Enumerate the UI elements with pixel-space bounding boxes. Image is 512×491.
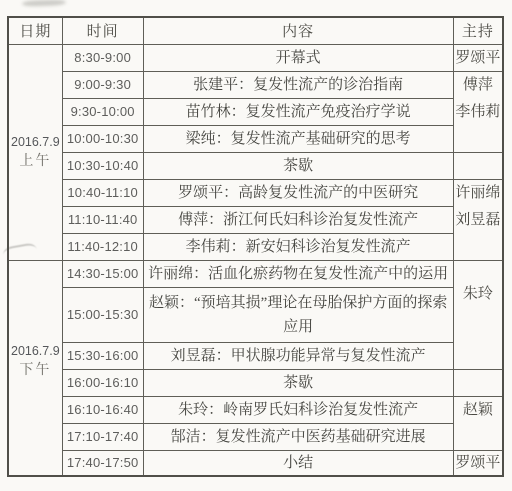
host-cell-empty (453, 369, 503, 396)
host-name: 傅萍 (455, 72, 502, 99)
content-cell: 小结 (143, 450, 453, 476)
table-row: 9:00-9:30 张建平：复发性流产的诊治指南 傅萍 李伟莉 (8, 71, 503, 98)
content-cell: 傅萍：浙江何氏妇科诊治复发性流产 (143, 206, 453, 233)
header-date: 日期 (8, 17, 62, 44)
time-cell: 17:40-17:50 (62, 450, 143, 476)
date-value: 2016.7.9 (11, 133, 60, 152)
table-row: 16:10-16:40 朱玲：岭南罗氏妇科诊治复发性流产 赵颖 (8, 396, 503, 423)
time-cell: 11:40-12:10 (62, 233, 143, 260)
content-cell: 茶歇 (143, 369, 453, 396)
time-cell: 14:30-15:00 (62, 260, 143, 287)
content-cell: 开幕式 (143, 44, 453, 71)
content-cell: 朱玲：岭南罗氏妇科诊治复发性流产 (143, 396, 453, 423)
time-cell: 17:10-17:40 (62, 423, 143, 450)
date-cell-morning: 2016.7.9 上午 (8, 44, 62, 260)
content-cell: 梁纯：复发性流产基础研究的思考 (143, 125, 453, 152)
period-label: 上午 (11, 152, 60, 171)
time-cell: 15:00-15:30 (62, 287, 143, 342)
table-row: 11:10-11:40 傅萍：浙江何氏妇科诊治复发性流产 (8, 206, 503, 233)
conference-schedule-table: 日期 时间 内容 主持 2016.7.9 上午 8:30-9:00 开幕式 罗颂… (7, 16, 504, 477)
table-row-tea-break: 10:30-10:40 茶歇 (8, 152, 503, 179)
table-row-tea-break: 16:00-16:10 茶歇 (8, 369, 503, 396)
time-cell: 10:00-10:30 (62, 125, 143, 152)
content-cell: 赵颖：“预培其损”理论在母胎保护方面的探索应用 (143, 287, 453, 342)
table-row: 10:00-10:30 梁纯：复发性流产基础研究的思考 (8, 125, 503, 152)
table-header-row: 日期 时间 内容 主持 (8, 17, 503, 44)
date-value: 2016.7.9 (11, 342, 60, 361)
content-cell: 张建平：复发性流产的诊治指南 (143, 71, 453, 98)
table-row: 10:40-11:10 罗颂平：高龄复发性流产的中医研究 许丽绵 刘昱磊 (8, 179, 503, 206)
table-row: 15:00-15:30 赵颖：“预培其损”理论在母胎保护方面的探索应用 (8, 287, 503, 342)
host-name: 朱玲 (455, 281, 502, 308)
host-name: 赵颖 (455, 397, 502, 424)
content-cell: 许丽绵：活血化瘀药物在复发性流产中的运用 (143, 260, 453, 287)
host-cell: 罗颂平 (453, 44, 503, 71)
host-cell: 傅萍 李伟莉 (453, 71, 503, 152)
table-row: 9:30-10:00 苗竹林：复发性流产免疫治疗学说 (8, 98, 503, 125)
content-cell: 茶歇 (143, 152, 453, 179)
table-row: 15:30-16:00 刘昱磊：甲状腺功能异常与复发性流产 (8, 342, 503, 369)
time-cell: 11:10-11:40 (62, 206, 143, 233)
host-name: 李伟莉 (455, 99, 502, 126)
table-row: 2016.7.9 上午 8:30-9:00 开幕式 罗颂平 (8, 44, 503, 71)
content-cell: 刘昱磊：甲状腺功能异常与复发性流产 (143, 342, 453, 369)
host-cell: 赵颖 (453, 396, 503, 450)
table-row: 2016.7.9 下午 14:30-15:00 许丽绵：活血化瘀药物在复发性流产… (8, 260, 503, 287)
header-content: 内容 (143, 17, 453, 44)
host-cell-empty (453, 152, 503, 179)
time-cell: 16:10-16:40 (62, 396, 143, 423)
host-cell: 罗颂平 (453, 450, 503, 476)
time-cell: 9:30-10:00 (62, 98, 143, 125)
host-cell: 朱玲 (453, 260, 503, 369)
table-row: 11:40-12:10 李伟莉：新安妇科诊治复发性流产 (8, 233, 503, 260)
time-cell: 15:30-16:00 (62, 342, 143, 369)
host-name: 许丽绵 (455, 180, 502, 207)
content-cell: 罗颂平：高龄复发性流产的中医研究 (143, 179, 453, 206)
time-cell: 8:30-9:00 (62, 44, 143, 71)
content-cell: 李伟莉：新安妇科诊治复发性流产 (143, 233, 453, 260)
header-time: 时间 (62, 17, 143, 44)
scan-smudge (22, 0, 66, 7)
time-cell: 10:30-10:40 (62, 152, 143, 179)
content-cell: 苗竹林：复发性流产免疫治疗学说 (143, 98, 453, 125)
content-cell: 郜洁：复发性流产中医药基础研究进展 (143, 423, 453, 450)
time-cell: 16:00-16:10 (62, 369, 143, 396)
header-host: 主持 (453, 17, 503, 44)
table-row-summary: 17:40-17:50 小结 罗颂平 (8, 450, 503, 476)
date-cell-afternoon: 2016.7.9 下午 (8, 260, 62, 476)
time-cell: 10:40-11:10 (62, 179, 143, 206)
time-cell: 9:00-9:30 (62, 71, 143, 98)
period-label: 下午 (11, 361, 60, 380)
table-row: 17:10-17:40 郜洁：复发性流产中医药基础研究进展 (8, 423, 503, 450)
host-cell: 许丽绵 刘昱磊 (453, 179, 503, 260)
host-name: 刘昱磊 (455, 207, 502, 234)
